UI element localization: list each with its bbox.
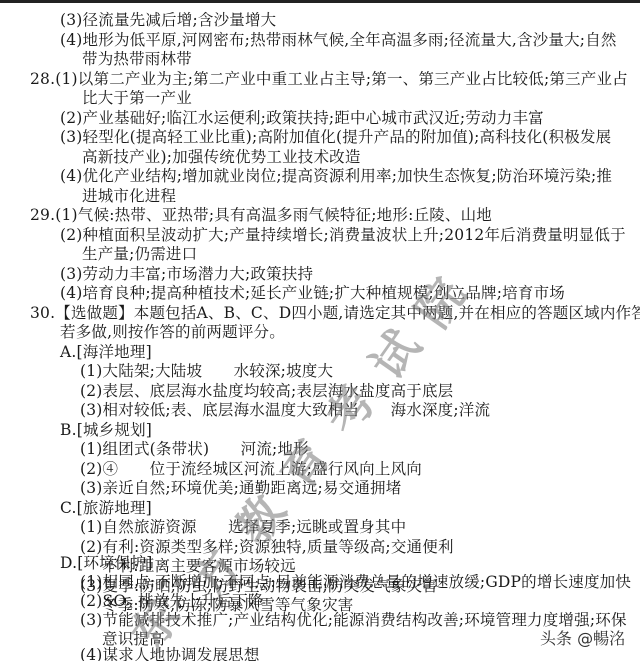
text-line: D.[环境保护]	[60, 554, 153, 573]
text-line: (3)劳动力丰富;市场潜力大;政策扶持	[60, 265, 313, 284]
text-line: (4)优化产业结构;增加就业岗位;提高资源利用率;加快生态恢复;防治环境污染;推	[60, 167, 612, 186]
text-line: 28.(1)以第二产业为主;第二产业中重工业占主导;第一、第三产业占比较低;第三…	[30, 70, 628, 89]
text-line: B.[城乡规划]	[60, 421, 152, 440]
watermark-char: 试	[353, 315, 433, 391]
top-border	[0, 0, 640, 3]
text-line: 比大于第一产业	[82, 89, 192, 108]
text-line: 若多做,则按作答的前两题评分。	[60, 323, 285, 342]
text-line: (4)谋求人地协调发展思想	[80, 646, 260, 661]
source-credit: 头条 @暢洺	[540, 626, 625, 649]
text-line: (1)组团式(条带状) 河流;地形	[80, 440, 309, 459]
text-line: (4)培育良种;提高种植技术;延长产业链;扩大种植规模;创立品牌;培育市场	[60, 284, 565, 303]
text-line: (4)地形为低平原,河网密布;热带雨林气候,全年高温多雨;径流量大,含沙量大;自…	[60, 31, 617, 50]
text-line: (3)亲近自然;环境优美;通勤距离远;易交通拥堵	[80, 479, 401, 498]
text-line: (2)④ 位于流经城区河流上游;盛行风向上风向	[80, 460, 422, 479]
text-line: (1)大陆架;大陆坡 水较深;坡度大	[80, 362, 333, 381]
text-line: 高新技产业);加强传统优势工业技术改造	[82, 148, 361, 167]
text-line: 生产量;仍需进口	[82, 245, 197, 264]
text-line: 带为热带雨林带	[82, 50, 192, 69]
text-line: 30.【选做题】本题包括A、B、C、D四小题,请选定其中两题,并在相应的答题区域…	[30, 304, 640, 323]
text-line: 29.(1)气候:热带、亚热带;具有高温多雨气候特征;地形:丘陵、山地	[30, 206, 492, 225]
text-line: (3)径流量先减后增;含沙量增大	[60, 11, 276, 30]
text-line: (2)种植面积呈波动扩大;产量持续增长;消费量波状上升;2012年后消费量明显低…	[60, 226, 626, 245]
text-line: (1)自然旅游资源 选择夏季;远眺或置身其中	[80, 518, 406, 537]
text-line: C.[旅游地理]	[60, 499, 152, 518]
text-line: (3)相对较低;表、底层海水温度大致相当 海水深度;洋流	[80, 401, 490, 420]
text-line: (2)产业基础好;临江水运便利;政策扶持;距中心城市武汉近;劳动力丰富	[60, 109, 544, 128]
text-line: (2)表层、底层海水盐度均较高;表层海水盐度高于底层	[80, 382, 453, 401]
text-line: A.[海洋地理]	[60, 343, 152, 362]
text-line: 进城市化进程	[82, 187, 176, 206]
text-line: (3)轻型化(提高轻工业比重);高附加值化(提升产品的附加值);高科技化(积极发…	[60, 128, 611, 147]
text-line: (1)相同点:不断增加;不同点:目前能源消费总量的增速放缓;GDP的增长速度加快	[80, 573, 631, 592]
